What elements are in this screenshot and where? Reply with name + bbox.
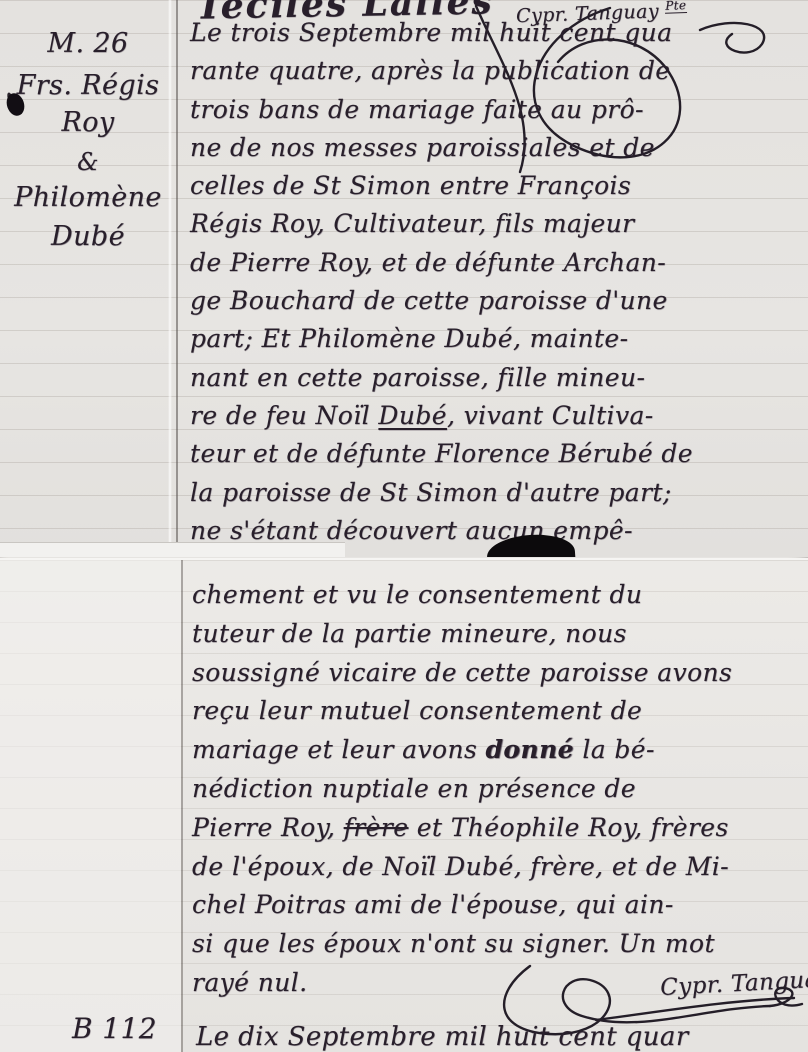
act-line: trois bans de mariage faite au prô- bbox=[190, 91, 693, 129]
act-closing-line: rayé nul. Cypr. Tanguay Ptre bbox=[192, 964, 732, 1003]
act-line: ne de nos messes paroissiales et de bbox=[190, 129, 693, 167]
line-fragment: Pierre Roy, bbox=[192, 813, 344, 842]
act-line: chel Poitras ami de l'épouse, qui ain- bbox=[192, 886, 732, 925]
scan-segment-bottom: chement et vu le consentement du tuteur … bbox=[0, 558, 808, 1052]
line-fragment: la bé- bbox=[574, 735, 655, 764]
margin-rule-line bbox=[181, 560, 183, 1052]
ampersand: & bbox=[0, 148, 176, 176]
line-fragment: , vivant Cultiva- bbox=[447, 401, 654, 430]
act-line: celles de St Simon entre François bbox=[190, 167, 693, 205]
act-line: ge Bouchard de cette paroisse d'une bbox=[190, 282, 693, 320]
act-number: M. 26 bbox=[0, 28, 176, 59]
act-line: Le trois Septembre mil huit cent qua bbox=[190, 14, 693, 52]
bride-name-line-1: Philomène bbox=[0, 182, 176, 213]
act-line-donne: mariage et leur avons donné la bé- bbox=[192, 731, 732, 770]
act-body-bottom: chement et vu le consentement du tuteur … bbox=[192, 576, 732, 1003]
groom-name-line-1: Frs. Régis bbox=[0, 70, 176, 101]
act-line: tuteur de la partie mineure, nous bbox=[192, 615, 732, 654]
act-line: chement et vu le consentement du bbox=[192, 576, 732, 615]
act-line: nant en cette paroisse, fille mineu- bbox=[190, 359, 693, 397]
act-line-frere: Pierre Roy, frère et Théophile Roy, frèr… bbox=[192, 809, 732, 848]
act-line: la paroisse de St Simon d'autre part; bbox=[190, 474, 693, 512]
previous-signature-title: Pte bbox=[665, 0, 687, 14]
next-act-first-line: Le dix Septembre mil huit cent quar bbox=[196, 1022, 689, 1052]
act-line: Régis Roy, Cultivateur, fils majeur bbox=[190, 205, 693, 243]
next-act-number: B 112 bbox=[72, 1012, 157, 1045]
act-line: nédiction nuptiale en présence de bbox=[192, 770, 732, 809]
margin-rule-line bbox=[176, 0, 178, 557]
act-body-top: Le trois Septembre mil huit cent qua ran… bbox=[190, 14, 693, 550]
register-page-scan: Técïles Lalles Cypr. Tanguay Pte M. 26 F… bbox=[0, 0, 808, 1052]
act-line: reçu leur mutuel consentement de bbox=[192, 692, 732, 731]
groom-name-line-2: Roy bbox=[0, 107, 176, 138]
act-line: rante quatre, après la publication de bbox=[190, 52, 693, 90]
rewritten-word: donné bbox=[486, 735, 574, 764]
act-line-dube: re de feu Noïl Dubé, vivant Cultiva- bbox=[190, 397, 693, 435]
margin-blank-panel bbox=[0, 560, 181, 1052]
line-fragment: et Théophile Roy, frères bbox=[408, 813, 728, 842]
act-line: soussigné vicaire de cette paroisse avon… bbox=[192, 654, 732, 693]
underlined-surname: Dubé bbox=[378, 401, 447, 430]
scan-seam-band bbox=[0, 542, 345, 557]
scan-segment-top: Técïles Lalles Cypr. Tanguay Pte M. 26 F… bbox=[0, 0, 808, 557]
bride-name-line-2: Dubé bbox=[0, 221, 176, 252]
line-fragment: re de feu Noïl bbox=[190, 401, 378, 430]
closing-text: rayé nul. bbox=[192, 968, 307, 997]
act-line: teur et de défunte Florence Bérubé de bbox=[190, 435, 693, 473]
act-line: de l'époux, de Noïl Dubé, frère, et de M… bbox=[192, 848, 732, 887]
act-line: de Pierre Roy, et de défunte Archan- bbox=[190, 244, 693, 282]
struck-word: frère bbox=[344, 813, 409, 842]
act-line: si que les époux n'ont su signer. Un mot bbox=[192, 925, 732, 964]
line-fragment: mariage et leur avons bbox=[192, 735, 486, 764]
act-line: part; Et Philomène Dubé, mainte- bbox=[190, 320, 693, 358]
signature-name: Cypr. Tanguay bbox=[660, 966, 808, 1001]
